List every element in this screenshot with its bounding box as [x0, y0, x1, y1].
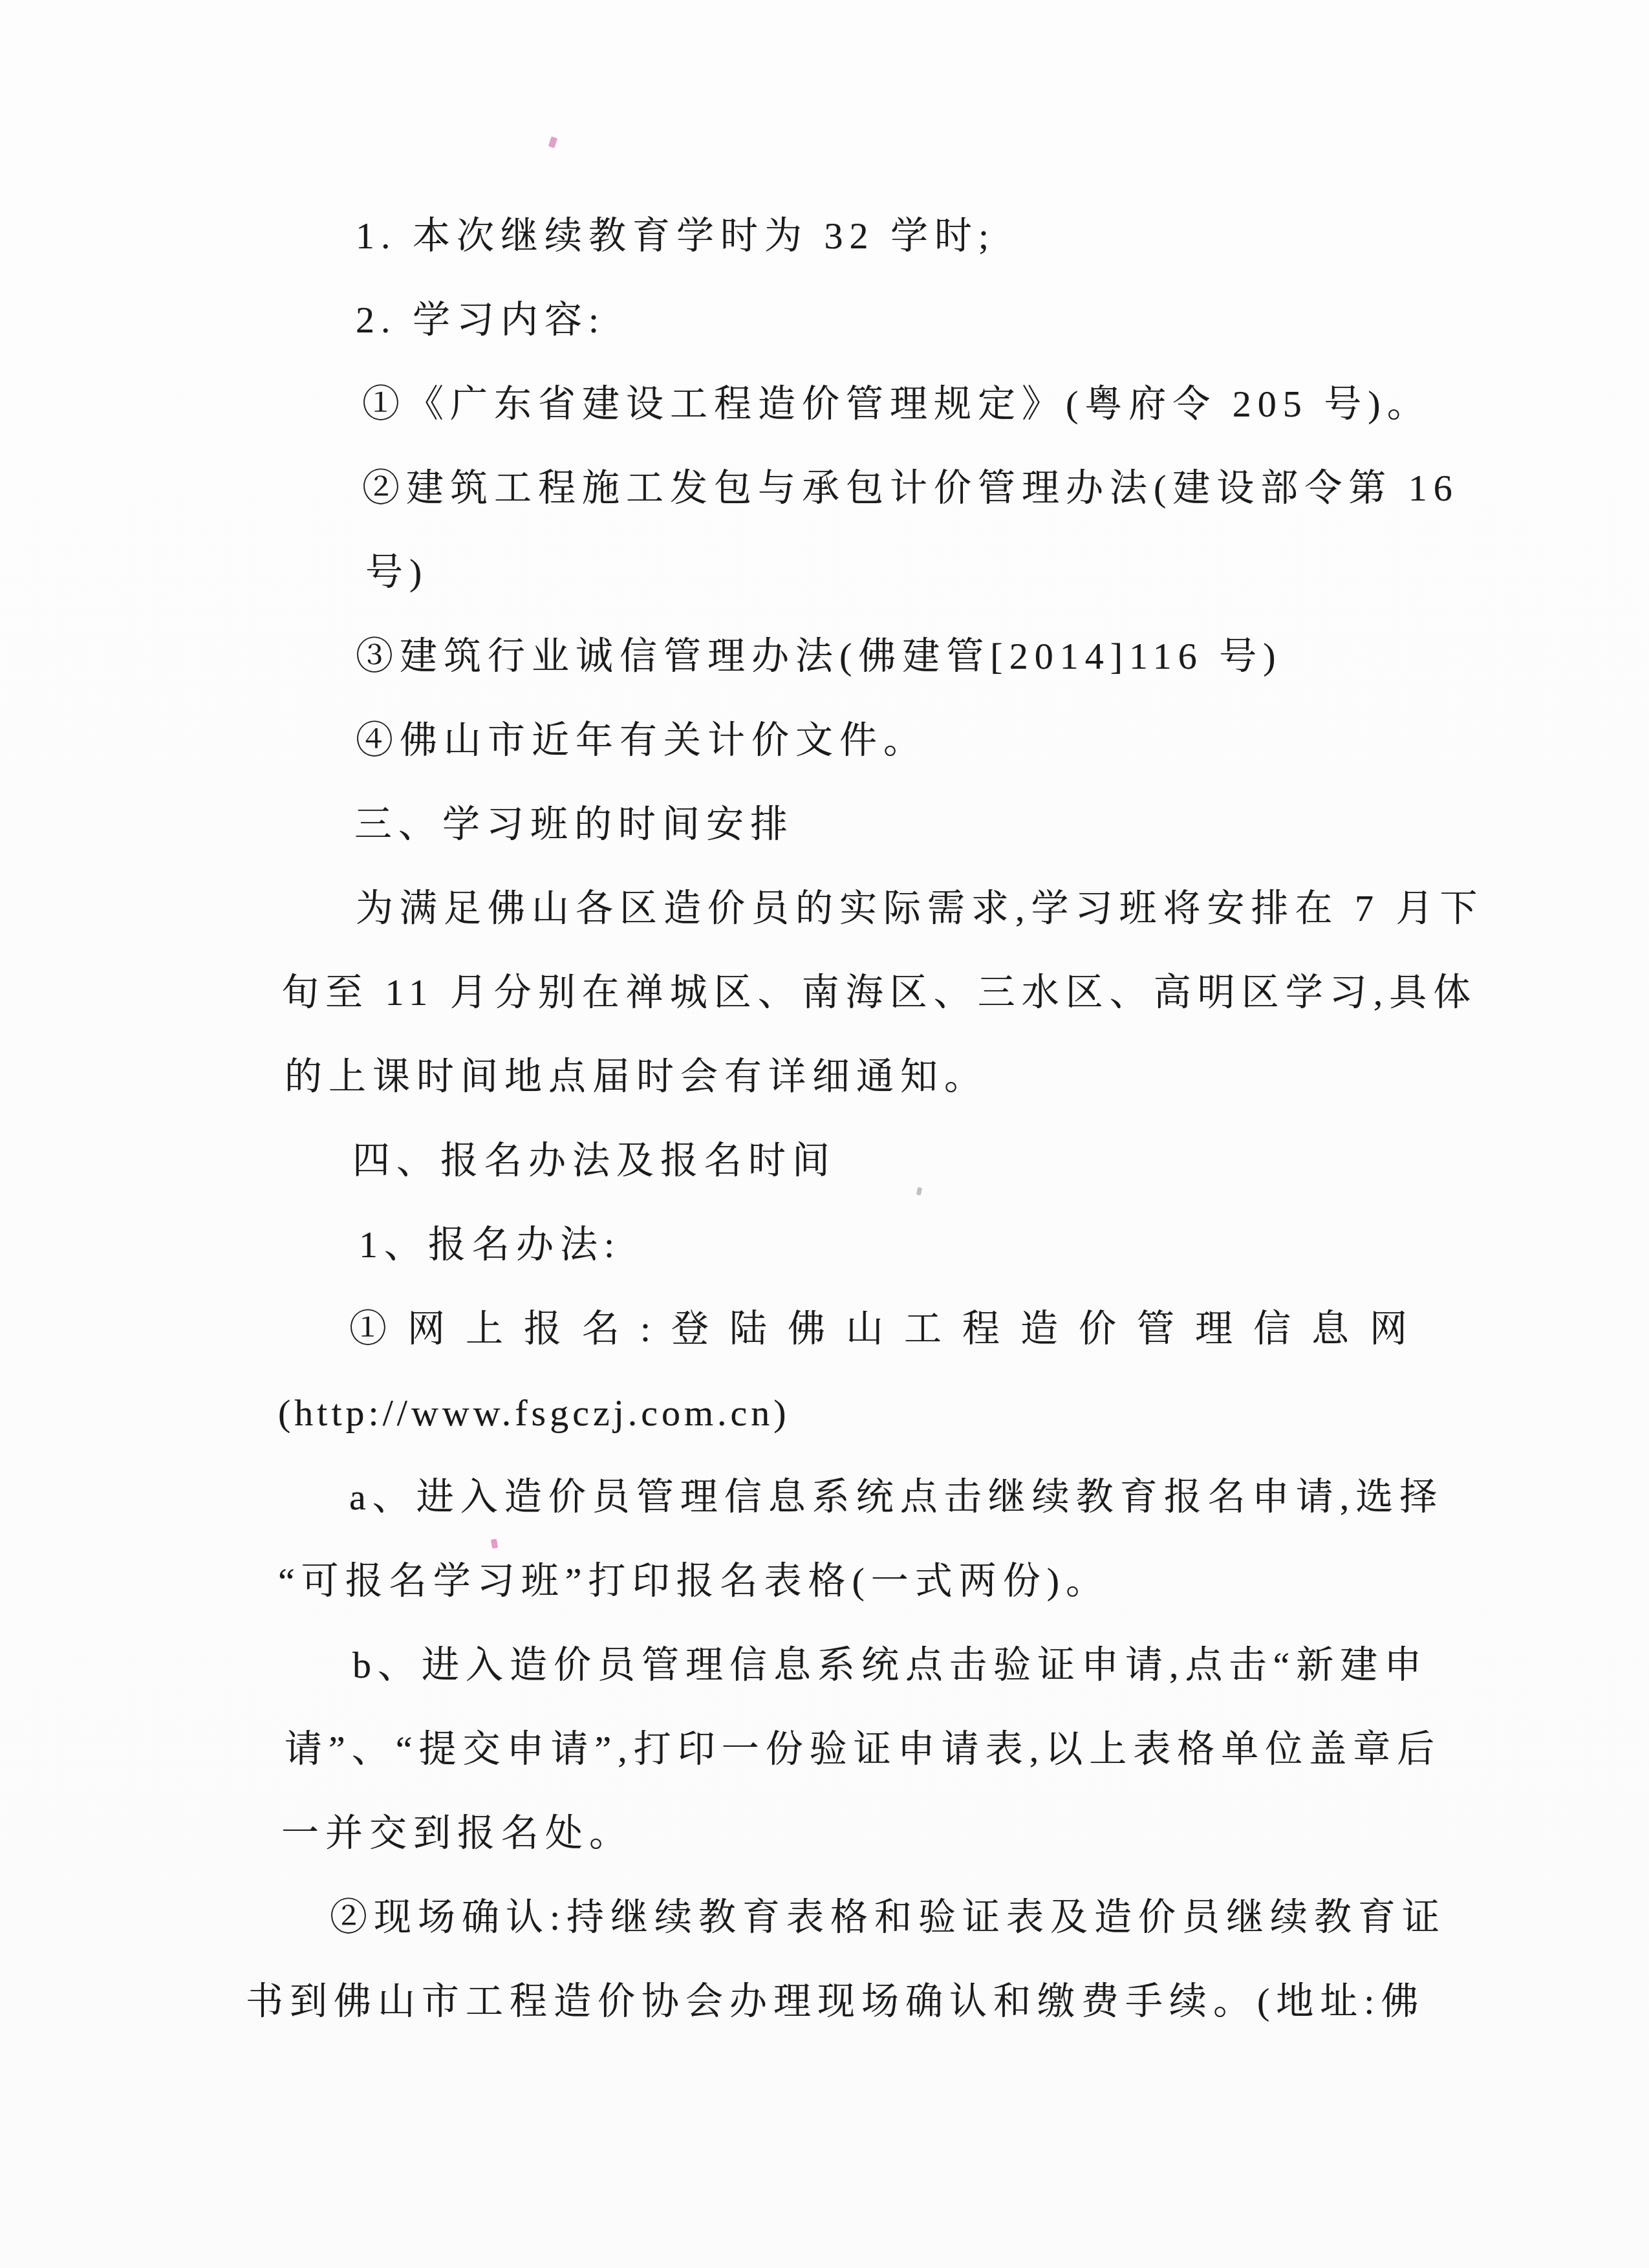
- text-line: 请”、“提交申请”,打印一份验证申请表,以上表格单位盖章后: [285, 1707, 1649, 1791]
- text-line: ②现场确认:持继续教育表格和验证表及造价员继续教育证: [330, 1875, 1649, 1960]
- document-page: 1. 本次继续教育学时为 32 学时; 2. 学习内容: ①《广东省建设工程造价…: [0, 0, 1649, 2268]
- text-line: ③建筑行业诚信管理办法(佛建管[2014]116 号): [356, 614, 1649, 698]
- text-line: 旬至 11 月分别在禅城区、南海区、三水区、高明区学习,具体: [281, 951, 1649, 1035]
- text-line: 三、学习班的时间安排: [354, 783, 1649, 867]
- text-line: 的上课时间地点届时会有详细通知。: [285, 1035, 1649, 1119]
- text-line: 一并交到报名处。: [281, 1791, 1649, 1875]
- text-line: 书到佛山市工程造价协会办理现场确认和缴费手续。(地址:佛: [246, 1960, 1649, 2044]
- text-line: ①《广东省建设工程造价管理规定》(粤府令 205 号)。: [362, 362, 1649, 446]
- text-line: 四、报名办法及报名时间: [352, 1119, 1649, 1203]
- text-line: ④佛山市近年有关计价文件。: [356, 698, 1649, 783]
- text-line: b、进入造价员管理信息系统点击验证申请,点击“新建申: [352, 1623, 1649, 1707]
- text-line: 1. 本次继续教育学时为 32 学时;: [356, 194, 1649, 278]
- text-line: 2. 学习内容:: [356, 278, 1649, 362]
- text-line: 为满足佛山各区造价员的实际需求,学习班将安排在 7 月下: [356, 867, 1649, 951]
- text-line: (http://www.fsgczj.com.cn): [278, 1371, 1649, 1455]
- scan-artifact: [548, 136, 557, 148]
- text-line: a、进入造价员管理信息系统点击继续教育报名申请,选择: [349, 1455, 1649, 1539]
- text-line: “可报名学习班”打印报名表格(一式两份)。: [278, 1539, 1649, 1623]
- text-line: 号): [365, 530, 1649, 614]
- text-line: ①网上报名:登陆佛山工程造价管理信息网: [349, 1287, 1649, 1371]
- text-line: ②建筑工程施工发包与承包计价管理办法(建设部令第 16: [362, 446, 1649, 530]
- text-line: 1、报名办法:: [359, 1203, 1649, 1287]
